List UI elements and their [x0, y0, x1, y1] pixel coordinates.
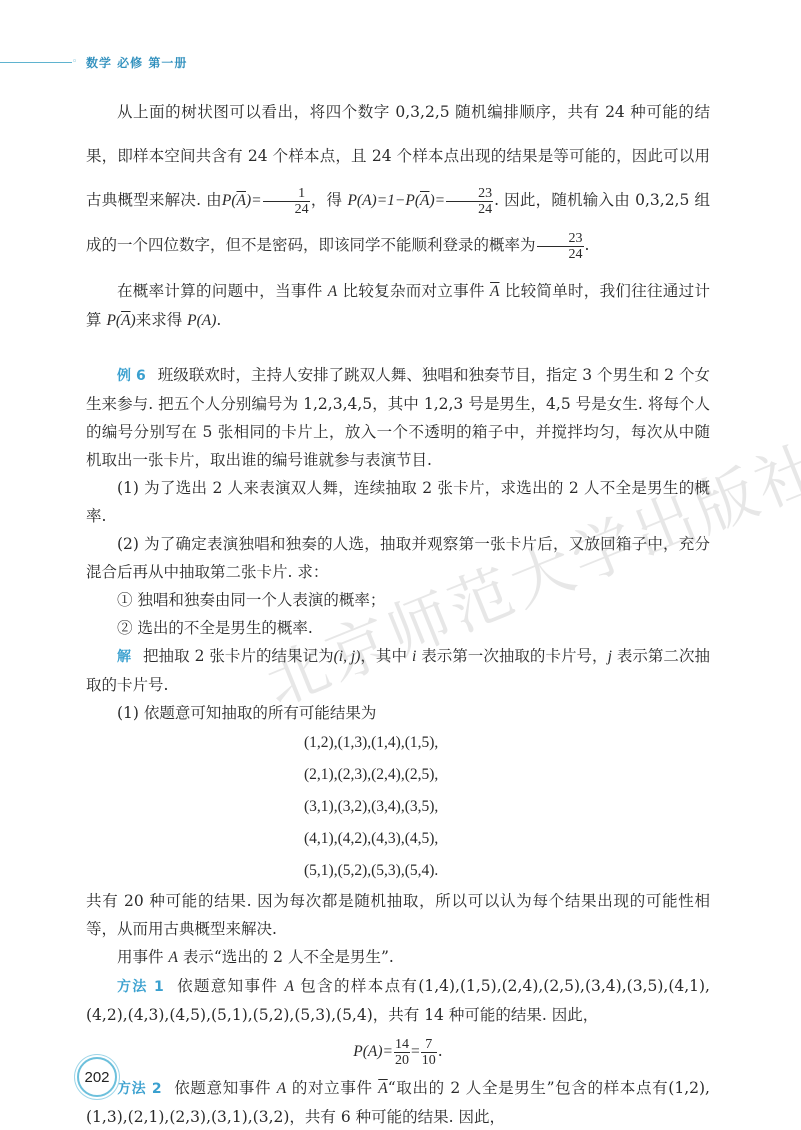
method-2: 方法 2依题意知事件 A 的对立事件 A“取出的 2 人全是男生”包含的样本点有…: [86, 1074, 710, 1130]
math: )=: [429, 192, 445, 209]
outcome-row: (2,1),(2,3),(2,4),(2,5),: [304, 759, 710, 791]
question-2-part-2: ② 选出的不全是男生的概率.: [86, 614, 710, 642]
numerator: 14: [394, 1037, 410, 1053]
math: A: [328, 283, 337, 300]
math: P(A)=1−P(: [347, 192, 420, 209]
math: A: [168, 949, 177, 966]
fraction-7-10: 710: [421, 1037, 437, 1068]
denominator: 24: [446, 202, 493, 217]
question-2: (2) 为了确定表演独唱和独奏的人选，抽取并观察第一张卡片后，又放回箱子中，充分…: [86, 530, 710, 586]
outcome-list: (1,2),(1,3),(1,4),(1,5), (2,1),(2,3),(2,…: [304, 727, 710, 887]
solution-intro: 解把抽取 2 张卡片的结果记为(i, j)，其中 i 表示第一次抽取的卡片号，j…: [86, 642, 710, 699]
fraction-1-24: 124: [263, 186, 310, 217]
header-rule: [0, 62, 72, 63]
outcome-row: (4,1),(4,2),(4,3),(4,5),: [304, 823, 710, 855]
paragraph-complement-tip: 在概率计算的问题中，当事件 A 比较复杂而对立事件 A 比较简单时，我们往往通过…: [86, 277, 710, 335]
solution-label: 解: [117, 649, 131, 665]
method-1-label: 方法 1: [117, 979, 164, 995]
denominator: 24: [263, 202, 310, 217]
page-number-badge: 202: [77, 1057, 117, 1097]
text: 依题意知事件: [174, 1079, 277, 1097]
numerator: 23: [537, 231, 584, 247]
text: 表示“选出的 2 人不全是男生”.: [178, 948, 394, 966]
text: 用事件: [117, 948, 168, 966]
fraction-14-20: 1420: [394, 1037, 410, 1068]
solution-part-1: (1) 依题意可知抽取的所有可能结果为: [86, 699, 710, 727]
text: 依题意知事件: [176, 977, 285, 995]
text: 在概率计算的问题中，当事件: [117, 282, 328, 300]
fraction-23-24: 2324: [446, 186, 493, 217]
denominator: 10: [421, 1053, 437, 1068]
numerator: 23: [446, 186, 493, 202]
method-2-label: 方法 2: [117, 1081, 162, 1097]
math-a-bar: A: [490, 283, 499, 300]
method-1-formula: P(A)=1420=710.: [86, 1029, 710, 1074]
denominator: 24: [537, 247, 584, 262]
outcome-count-text: 共有 20 种可能的结果. 因为每次都是随机抽取，所以可以认为每个结果出现的可能…: [86, 887, 710, 943]
example-6-statement: 例 6班级联欢时，主持人安排了跳双人舞、独唱和独奏节目，指定 3 个男生和 2 …: [86, 361, 710, 474]
math: A: [277, 1080, 286, 1097]
fraction-23-24: 2324: [537, 231, 584, 262]
math: =: [411, 1043, 420, 1060]
question-1: (1) 为了选出 2 人来表演双人舞，连续抽取 2 张卡片，求选出的 2 人不全…: [86, 474, 710, 530]
example-label: 例 6: [117, 368, 146, 384]
text: ，其中: [360, 647, 412, 665]
math-a-bar: A: [237, 192, 246, 209]
outcome-row: (5,1),(5,2),(5,3),(5,4).: [304, 855, 710, 887]
text: .: [216, 311, 221, 329]
math: (i, j): [334, 648, 361, 665]
header-dot-icon: ◦: [72, 59, 77, 66]
math: P(: [222, 192, 237, 209]
text: 把抽取 2 张卡片的结果记为: [143, 647, 334, 665]
text: .: [438, 1042, 443, 1060]
text: 比较复杂而对立事件: [337, 282, 490, 300]
paragraph-tree-diagram-conclusion: 从上面的树状图可以看出，将四个数字 0,3,2,5 随机编排顺序，共有 24 种…: [86, 90, 710, 267]
method-1: 方法 1依题意知事件 A 包含的样本点有(1,4),(1,5),(2,4),(2…: [86, 972, 710, 1029]
math: P(A)=: [353, 1043, 393, 1060]
running-header: ◦ 数学 必修 第一册: [0, 54, 300, 70]
outcome-row: (3,1),(3,2),(3,4),(3,5),: [304, 791, 710, 823]
numerator: 1: [263, 186, 310, 202]
text: ，得: [311, 191, 348, 209]
math-a-bar: A: [378, 1080, 387, 1097]
text: 表示第一次抽取的卡片号，: [416, 647, 607, 665]
text: 的对立事件: [286, 1079, 378, 1097]
page-body: 从上面的树状图可以看出，将四个数字 0,3,2,5 随机编排顺序，共有 24 种…: [86, 90, 710, 1130]
math: P(A): [187, 312, 216, 329]
denominator: 20: [394, 1053, 410, 1068]
text: 班级联欢时，主持人安排了跳双人舞、独唱和独奏节目，指定 3 个男生和 2 个女生…: [86, 366, 710, 469]
header-title: 数学 必修 第一册: [86, 54, 187, 71]
math-a-bar: A: [121, 312, 130, 329]
math: )=: [246, 192, 262, 209]
question-2-part-1: ① 独唱和独奏由同一个人表演的概率；: [86, 586, 710, 614]
numerator: 7: [421, 1037, 437, 1053]
text: 来求得: [136, 311, 187, 329]
math: A: [285, 978, 294, 995]
event-definition: 用事件 A 表示“选出的 2 人不全是男生”.: [86, 943, 710, 972]
outcome-row: (1,2),(1,3),(1,4),(1,5),: [304, 727, 710, 759]
text: .: [585, 236, 590, 254]
math: P(: [106, 312, 121, 329]
